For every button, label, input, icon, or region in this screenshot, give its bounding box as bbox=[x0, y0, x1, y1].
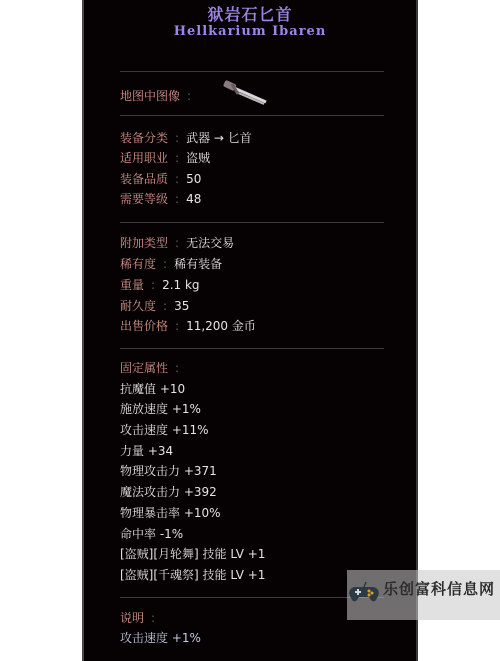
map-image-label: 地图中图像 bbox=[120, 89, 180, 103]
stat-row-quality: 装备品质:50 bbox=[120, 170, 201, 188]
skill-line: [盗贼][月轮舞] 技能 LV +1 bbox=[120, 545, 265, 563]
fixed-attributes-header: 固定属性: bbox=[120, 359, 186, 377]
stat-row-binding: 附加类型:无法交易 bbox=[120, 234, 234, 252]
attribute-line: 攻击速度 +11% bbox=[120, 421, 209, 439]
stat-row-level: 需要等级:48 bbox=[120, 190, 201, 208]
description-text: 攻击速度 +1% bbox=[120, 629, 201, 647]
skill-line: [盗贼][千魂祭] 技能 LV +1 bbox=[120, 566, 265, 584]
map-image-row: 地图中图像: bbox=[120, 87, 198, 105]
divider bbox=[120, 597, 384, 598]
item-name-cn: 狱岩石匕首 bbox=[84, 2, 416, 25]
divider bbox=[120, 222, 384, 223]
divider bbox=[120, 348, 384, 349]
gamepad-icon bbox=[349, 581, 379, 603]
attribute-line: 抗魔值 +10 bbox=[120, 380, 185, 398]
stat-row-price: 出售价格:11,200 金币 bbox=[120, 317, 256, 335]
attribute-line: 物理暴击率 +10% bbox=[120, 504, 221, 522]
attribute-line: 魔法攻击力 +392 bbox=[120, 483, 217, 501]
dagger-icon bbox=[222, 80, 270, 106]
stat-row-weight: 重量:2.1 kg bbox=[120, 276, 200, 294]
attribute-line: 物理攻击力 +371 bbox=[120, 462, 217, 480]
stat-row-category: 装备分类:武器 → 匕首 bbox=[120, 129, 252, 147]
attribute-line: 施放速度 +1% bbox=[120, 400, 201, 418]
watermark-text: 乐创富科信息网 bbox=[383, 578, 495, 599]
attribute-line: 命中率 -1% bbox=[120, 525, 183, 543]
attribute-line: 力量 +34 bbox=[120, 442, 173, 460]
stat-row-class: 适用职业:盗贼 bbox=[120, 149, 210, 167]
description-header: 说明: bbox=[120, 609, 162, 627]
stat-row-durability: 耐久度:35 bbox=[120, 297, 189, 315]
divider bbox=[120, 115, 384, 116]
item-name-en: Hellkarium Ibaren bbox=[84, 24, 416, 39]
item-tooltip: 狱岩石匕首 Hellkarium Ibaren 地图中图像: 装备分类:武器 →… bbox=[82, 0, 418, 661]
stat-row-rarity: 稀有度:稀有装备 bbox=[120, 255, 222, 273]
divider bbox=[120, 71, 384, 72]
